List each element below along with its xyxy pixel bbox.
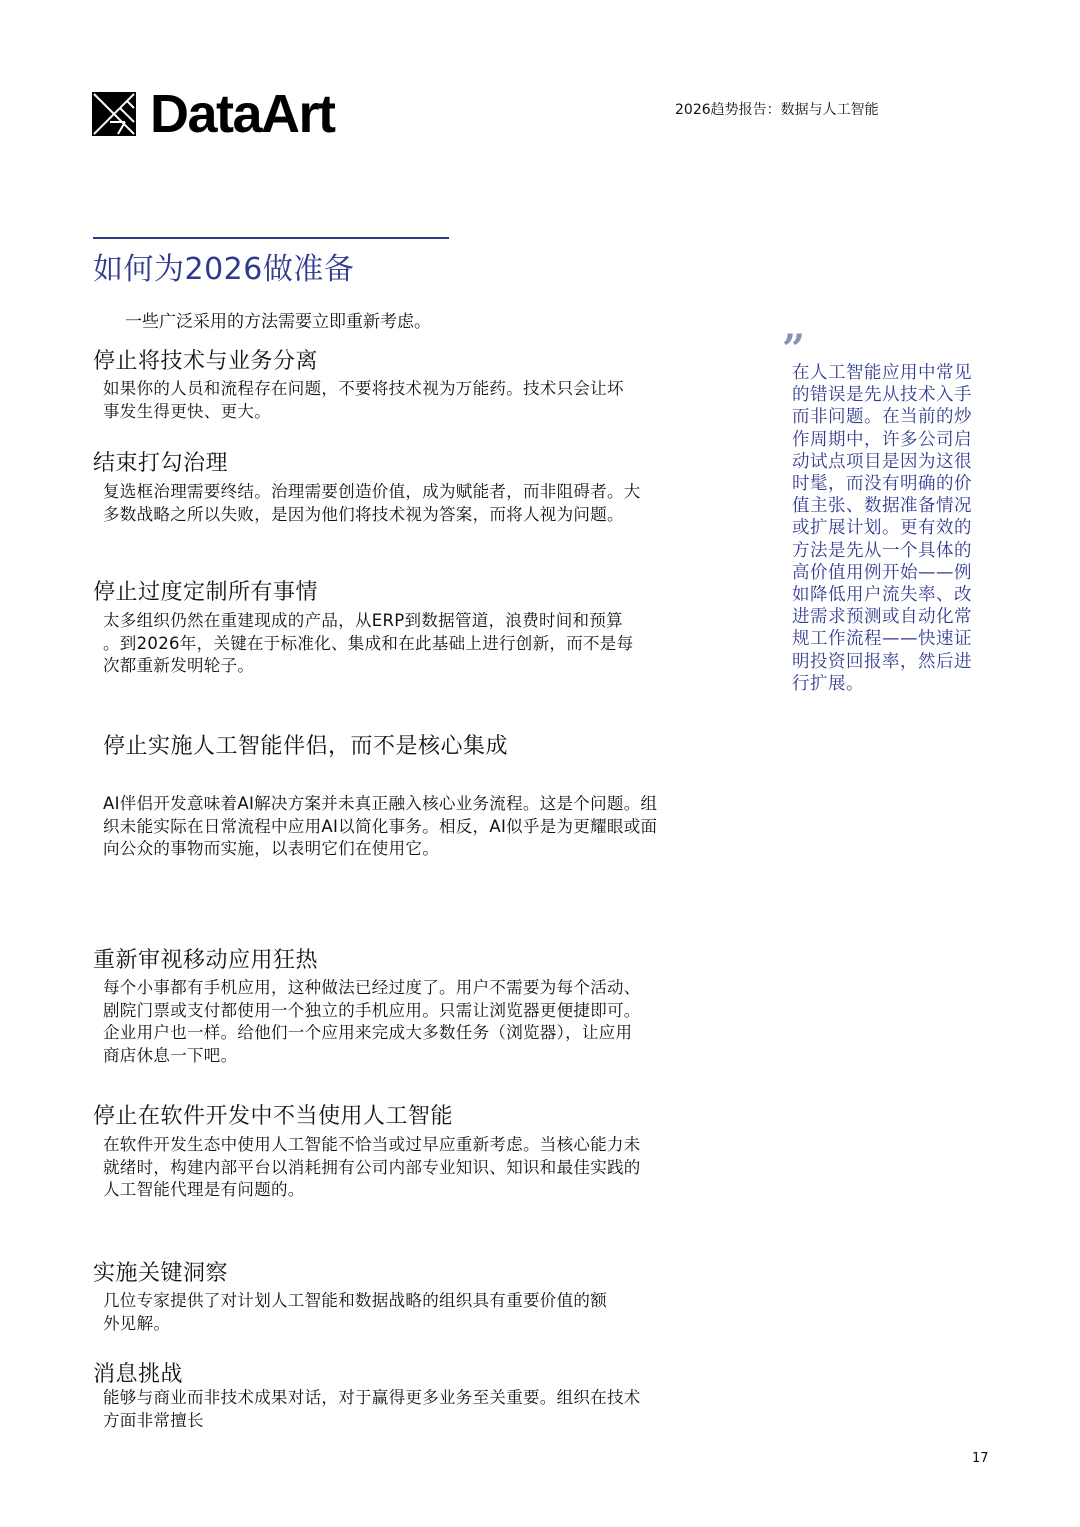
dataart-logo-mark-icon (92, 92, 136, 136)
section-heading: 重新审视移动应用狂热 (93, 943, 318, 974)
section-body: 复选框治理需要终结。治理需要创造价值，成为赋能者，而非阻碍者。大 多数战略之所以… (103, 481, 641, 526)
quote-line: 行扩展。 (792, 673, 992, 695)
quote-line: 规工作流程——快速证 (792, 628, 992, 650)
body-line: 在软件开发生态中使用人工智能不恰当或过早应重新考虑。当核心能力未 (103, 1134, 641, 1157)
body-line: 就绪时，构建内部平台以消耗拥有公司内部专业知识、知识和最佳实践的 (103, 1157, 641, 1180)
page-number: 17 (972, 1451, 989, 1466)
body-line: 企业用户也一样。给他们一个应用来完成大多数任务（浏览器），让应用 (103, 1022, 641, 1045)
body-line: 几位专家提供了对计划人工智能和数据战略的组织具有重要价值的额 (103, 1290, 607, 1313)
page-title: 如何为2026做准备 (93, 244, 354, 288)
section-body: 几位专家提供了对计划人工智能和数据战略的组织具有重要价值的额 外见解。 (103, 1290, 607, 1335)
section-heading: 停止在软件开发中不当使用人工智能 (93, 1099, 453, 1130)
body-line: 向公众的事物而实施，以表明它们在使用它。 (103, 838, 657, 861)
body-line: AI伴侣开发意味着AI解决方案并未真正融入核心业务流程。这是个问题。组 (103, 793, 657, 816)
section-heading: 结束打勾治理 (93, 446, 228, 477)
quote-line: 的错误是先从技术入手 (792, 384, 992, 406)
quote-line: 或扩展计划。更有效的 (792, 517, 992, 539)
section-heading: 实施关键洞察 (93, 1256, 228, 1287)
section-heading: 停止实施人工智能伴侣，而不是核心集成 (103, 729, 508, 760)
section-body: 能够与商业而非技术成果对话，对于赢得更多业务至关重要。组织在技术 方面非常擅长 (103, 1387, 641, 1432)
body-line: 织未能实际在日常流程中应用AI以简化事务。相反，AI似乎是为更耀眼或面 (103, 816, 657, 839)
body-line: 多数战略之所以失败，是因为他们将技术视为答案，而将人视为问题。 (103, 504, 641, 527)
section-heading: 消息挑战 (93, 1357, 183, 1388)
dataart-logo: DataArt (92, 92, 335, 136)
pull-quote: 在人工智能应用中常见 的错误是先从技术入手 而非问题。在当前的炒 作周期中，许多… (792, 362, 992, 695)
section-body: 太多组织仍然在重建现成的产品，从ERP到数据管道，浪费时间和预算 。到2026年… (103, 610, 633, 678)
quote-line: 时髦，而没有明确的价 (792, 473, 992, 495)
quote-line: 动试点项目是因为这很 (792, 451, 992, 473)
body-line: 人工智能代理是有问题的。 (103, 1179, 641, 1202)
body-line: 每个小事都有手机应用，这种做法已经过度了。用户不需要为每个活动、 (103, 977, 641, 1000)
body-line: 。到2026年，关键在于标准化、集成和在此基础上进行创新，而不是每 (103, 633, 633, 656)
body-line: 事发生得更快、更大。 (103, 401, 624, 424)
section-body: 在软件开发生态中使用人工智能不恰当或过早应重新考虑。当核心能力未 就绪时，构建内… (103, 1134, 641, 1202)
section-heading: 停止过度定制所有事情 (93, 575, 318, 606)
section-body: 每个小事都有手机应用，这种做法已经过度了。用户不需要为每个活动、 剧院门票或支付… (103, 977, 641, 1067)
quote-line: 值主张、数据准备情况 (792, 495, 992, 517)
body-line: 方面非常擅长 (103, 1410, 641, 1433)
brand-name: DataArt (150, 92, 335, 136)
body-line: 能够与商业而非技术成果对话，对于赢得更多业务至关重要。组织在技术 (103, 1387, 641, 1410)
quote-line: 作周期中，许多公司启 (792, 429, 992, 451)
section-body: AI伴侣开发意味着AI解决方案并未真正融入核心业务流程。这是个问题。组 织未能实… (103, 793, 657, 861)
quote-line: 在人工智能应用中常见 (792, 362, 992, 384)
body-line: 剧院门票或支付都使用一个独立的手机应用。只需让浏览器更便捷即可。 (103, 1000, 641, 1023)
body-line: 外见解。 (103, 1313, 607, 1336)
body-line: 如果你的人员和流程存在问题，不要将技术视为万能药。技术只会让坏 (103, 378, 624, 401)
title-rule (93, 237, 449, 239)
quote-line: 而非问题。在当前的炒 (792, 406, 992, 428)
section-heading: 停止将技术与业务分离 (93, 344, 318, 375)
body-line: 商店休息一下吧。 (103, 1045, 641, 1068)
quote-line: 明投资回报率，然后进 (792, 651, 992, 673)
body-line: 太多组织仍然在重建现成的产品，从ERP到数据管道，浪费时间和预算 (103, 610, 633, 633)
quote-line: 高价值用例开始——例 (792, 562, 992, 584)
quote-line: 方法是先从一个具体的 (792, 540, 992, 562)
quote-line: 进需求预测或自动化常 (792, 606, 992, 628)
section-body: 如果你的人员和流程存在问题，不要将技术视为万能药。技术只会让坏 事发生得更快、更… (103, 378, 624, 423)
intro-text: 一些广泛采用的方法需要立即重新考虑。 (125, 307, 431, 332)
body-line: 复选框治理需要终结。治理需要创造价值，成为赋能者，而非阻碍者。大 (103, 481, 641, 504)
quote-line: 如降低用户流失率、改 (792, 584, 992, 606)
report-label: 2026趋势报告：数据与人工智能 (675, 99, 879, 119)
body-line: 次都重新发明轮子。 (103, 655, 633, 678)
